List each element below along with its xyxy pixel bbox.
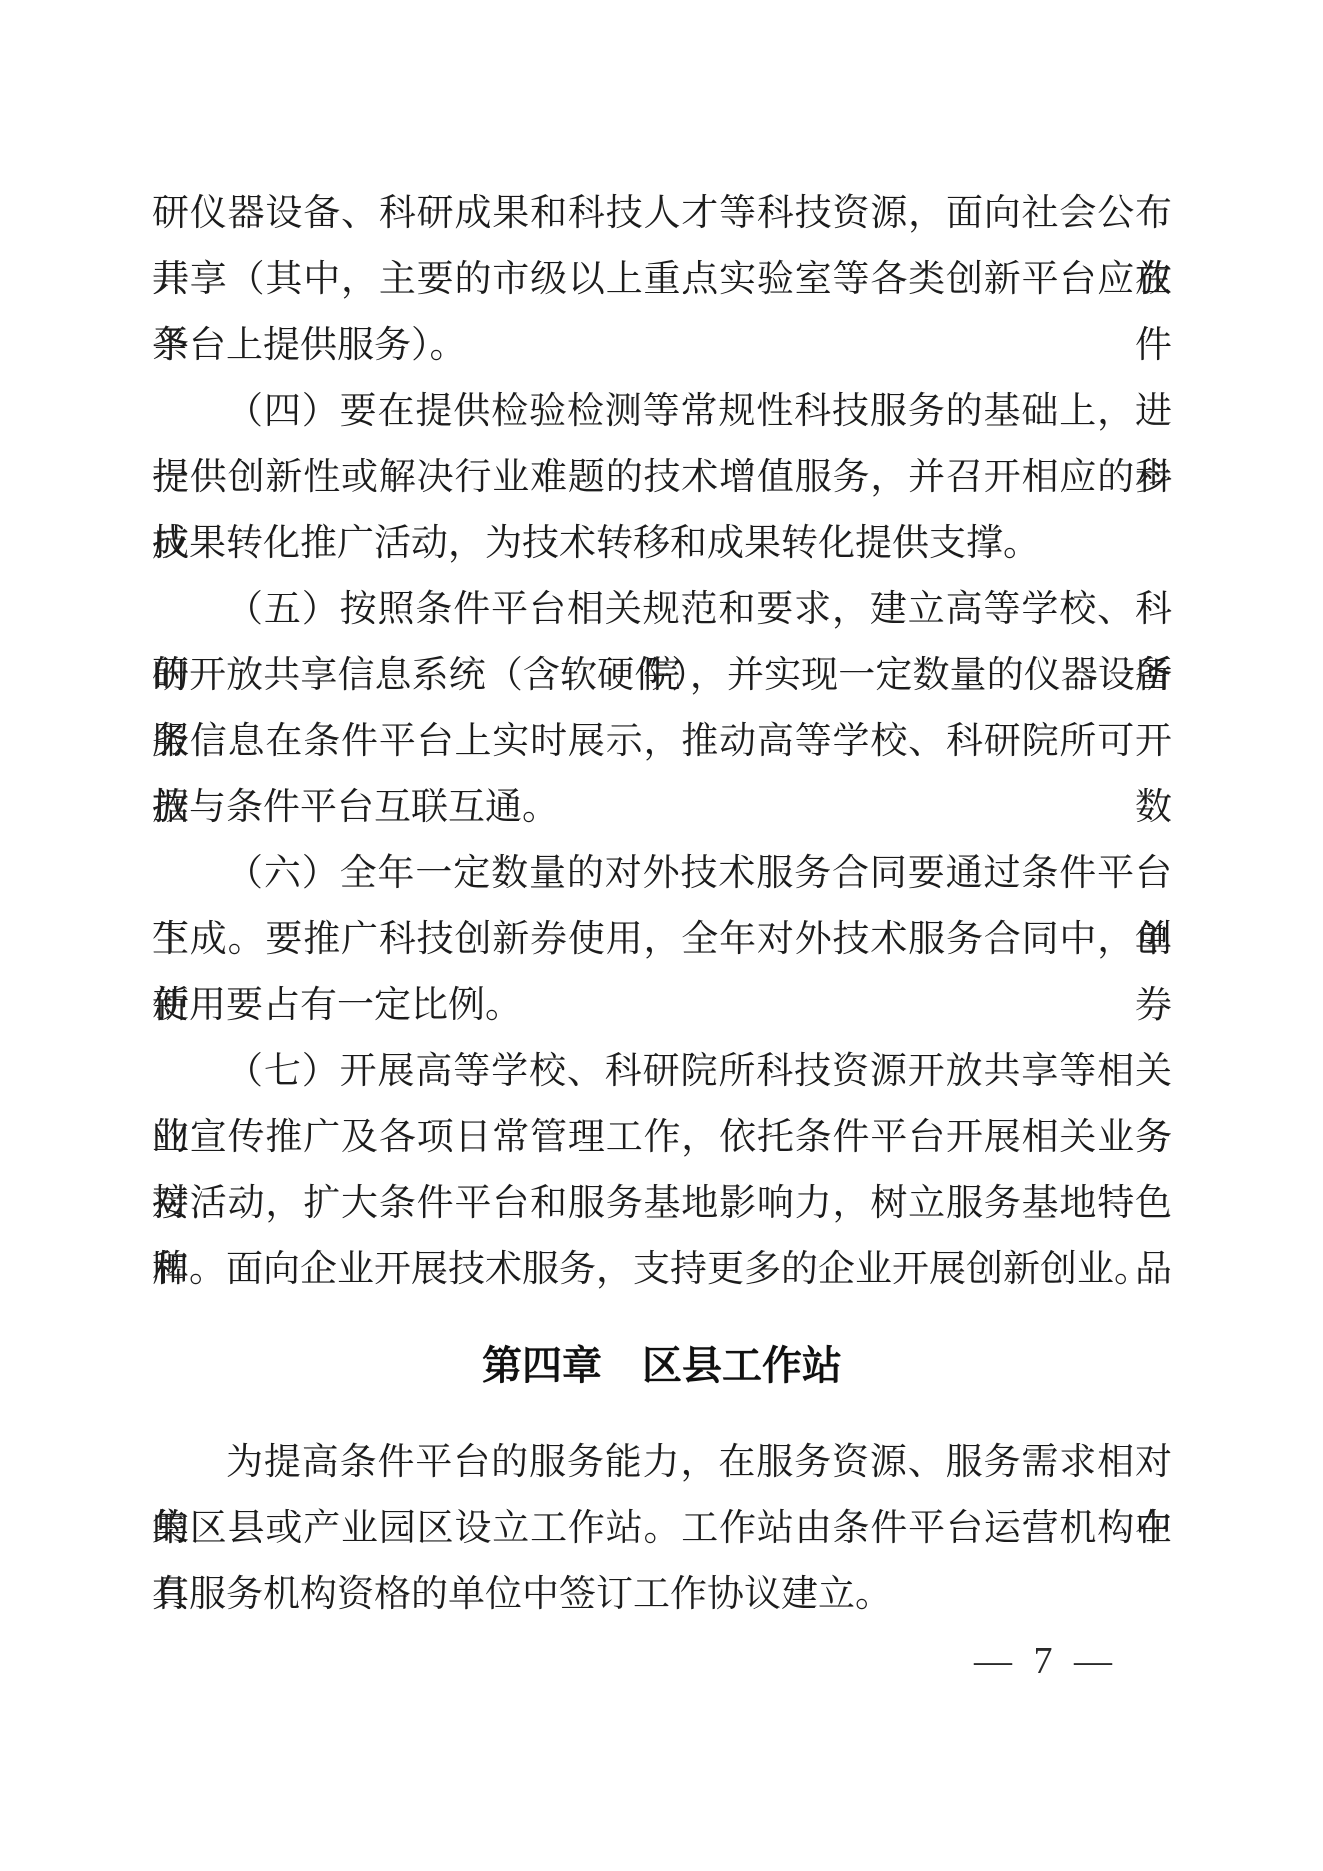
body-line: 务信息在条件平台上实时展示，推动高等学校、科研院所可开放数 bbox=[152, 709, 1172, 775]
chapter-heading: 第四章 区县工作站 bbox=[152, 1333, 1172, 1399]
body-line: （四）要在提供检验检测等常规性科技服务的基础上，进一步 bbox=[152, 379, 1172, 445]
body-line: 研仪器设备、科研成果和科技人才等科技资源，面向社会公布开放 bbox=[152, 181, 1172, 247]
body-line: 牌。面向企业开展技术服务，支持更多的企业开展创新创业。 bbox=[152, 1237, 1172, 1303]
body-line: （七）开展高等学校、科研院所科技资源开放共享等相关业务 bbox=[152, 1039, 1172, 1105]
body-line: 有服务机构资格的单位中签订工作协议建立。 bbox=[152, 1562, 1172, 1628]
body-line: 的区县或产业园区设立工作站。工作站由条件平台运营机构在具 bbox=[152, 1496, 1172, 1562]
body-line: 的宣传推广及各项日常管理工作，依托条件平台开展相关业务对 bbox=[152, 1105, 1172, 1171]
body-line: 共享（其中，主要的市级以上重点实验室等各类创新平台应在条件 bbox=[152, 247, 1172, 313]
page-number: — 7 — bbox=[974, 1633, 1118, 1689]
body-line: 的开放共享信息系统（含软硬件），并实现一定数量的仪器设备服 bbox=[152, 643, 1172, 709]
body-line: 接活动，扩大条件平台和服务基地影响力，树立服务基地特色和品 bbox=[152, 1171, 1172, 1237]
document-body: 研仪器设备、科研成果和科技人才等科技资源，面向社会公布开放 共享（其中，主要的市… bbox=[152, 181, 1172, 1628]
body-line: 提供创新性或解决行业难题的技术增值服务，并召开相应的科技 bbox=[152, 445, 1172, 511]
body-line: 成果转化推广活动，为技术转移和成果转化提供支撑。 bbox=[152, 511, 1172, 577]
document-page: 研仪器设备、科研成果和科技人才等科技资源，面向社会公布开放 共享（其中，主要的市… bbox=[0, 0, 1323, 1871]
body-line: （五）按照条件平台相关规范和要求，建立高等学校、科研院所 bbox=[152, 577, 1172, 643]
body-line: （六）全年一定数量的对外技术服务合同要通过条件平台下单 bbox=[152, 841, 1172, 907]
body-line: 生成。要推广科技创新券使用，全年对外技术服务合同中，创新券 bbox=[152, 907, 1172, 973]
body-line: 为提高条件平台的服务能力，在服务资源、服务需求相对集中 bbox=[152, 1430, 1172, 1496]
